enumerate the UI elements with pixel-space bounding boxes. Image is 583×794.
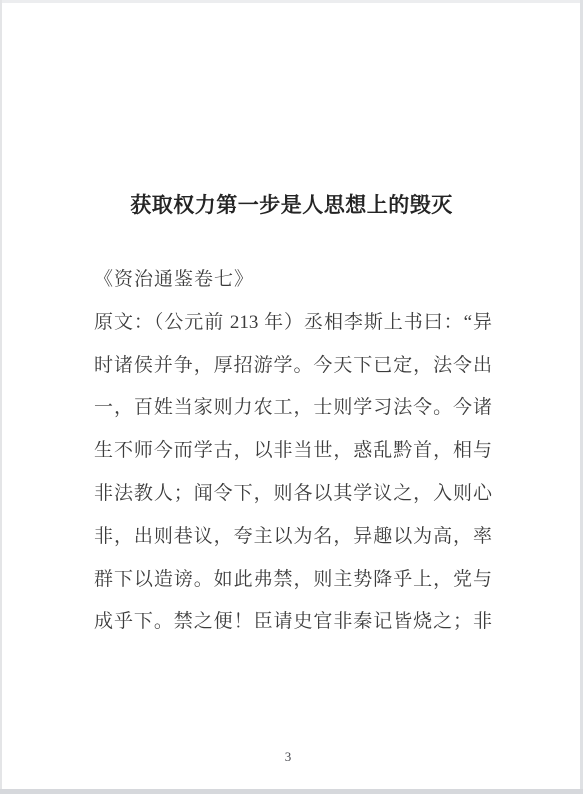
source-citation: 《资治通鉴卷七》 bbox=[94, 259, 492, 302]
body-line: 非，出则巷议，夸主以为名，异趣以为高，率 bbox=[94, 516, 492, 559]
page-edge-top bbox=[0, 0, 583, 3]
body-text-block: 《资治通鉴卷七》 原文：（公元前 213 年）丞相李斯上书曰：“异 时诸侯并争，… bbox=[94, 259, 492, 644]
body-line: 一，百姓当家则力农工，士则学习法令。今诸 bbox=[94, 387, 492, 430]
document-title: 获取权力第一步是人思想上的毁灭 bbox=[0, 190, 583, 220]
body-line: 生不师今而学古，以非当世，惑乱黔首，相与 bbox=[94, 430, 492, 473]
page-edge-bottom bbox=[0, 789, 583, 794]
page-number: 3 bbox=[0, 748, 576, 766]
body-line: 非法教人；闻令下，则各以其学议之，入则心 bbox=[94, 473, 492, 516]
body-line: 原文：（公元前 213 年）丞相李斯上书曰：“异 bbox=[94, 302, 492, 345]
body-line: 时诸侯并争，厚招游学。今天下已定，法令出 bbox=[94, 345, 492, 388]
document-page: 获取权力第一步是人思想上的毁灭 《资治通鉴卷七》 原文：（公元前 213 年）丞… bbox=[0, 0, 583, 794]
body-line: 群下以造谤。如此弗禁，则主势降乎上，党与 bbox=[94, 559, 492, 602]
body-line: 成乎下。禁之便！臣请史官非秦记皆烧之；非 bbox=[94, 601, 492, 644]
page-edge-left bbox=[0, 0, 2, 794]
